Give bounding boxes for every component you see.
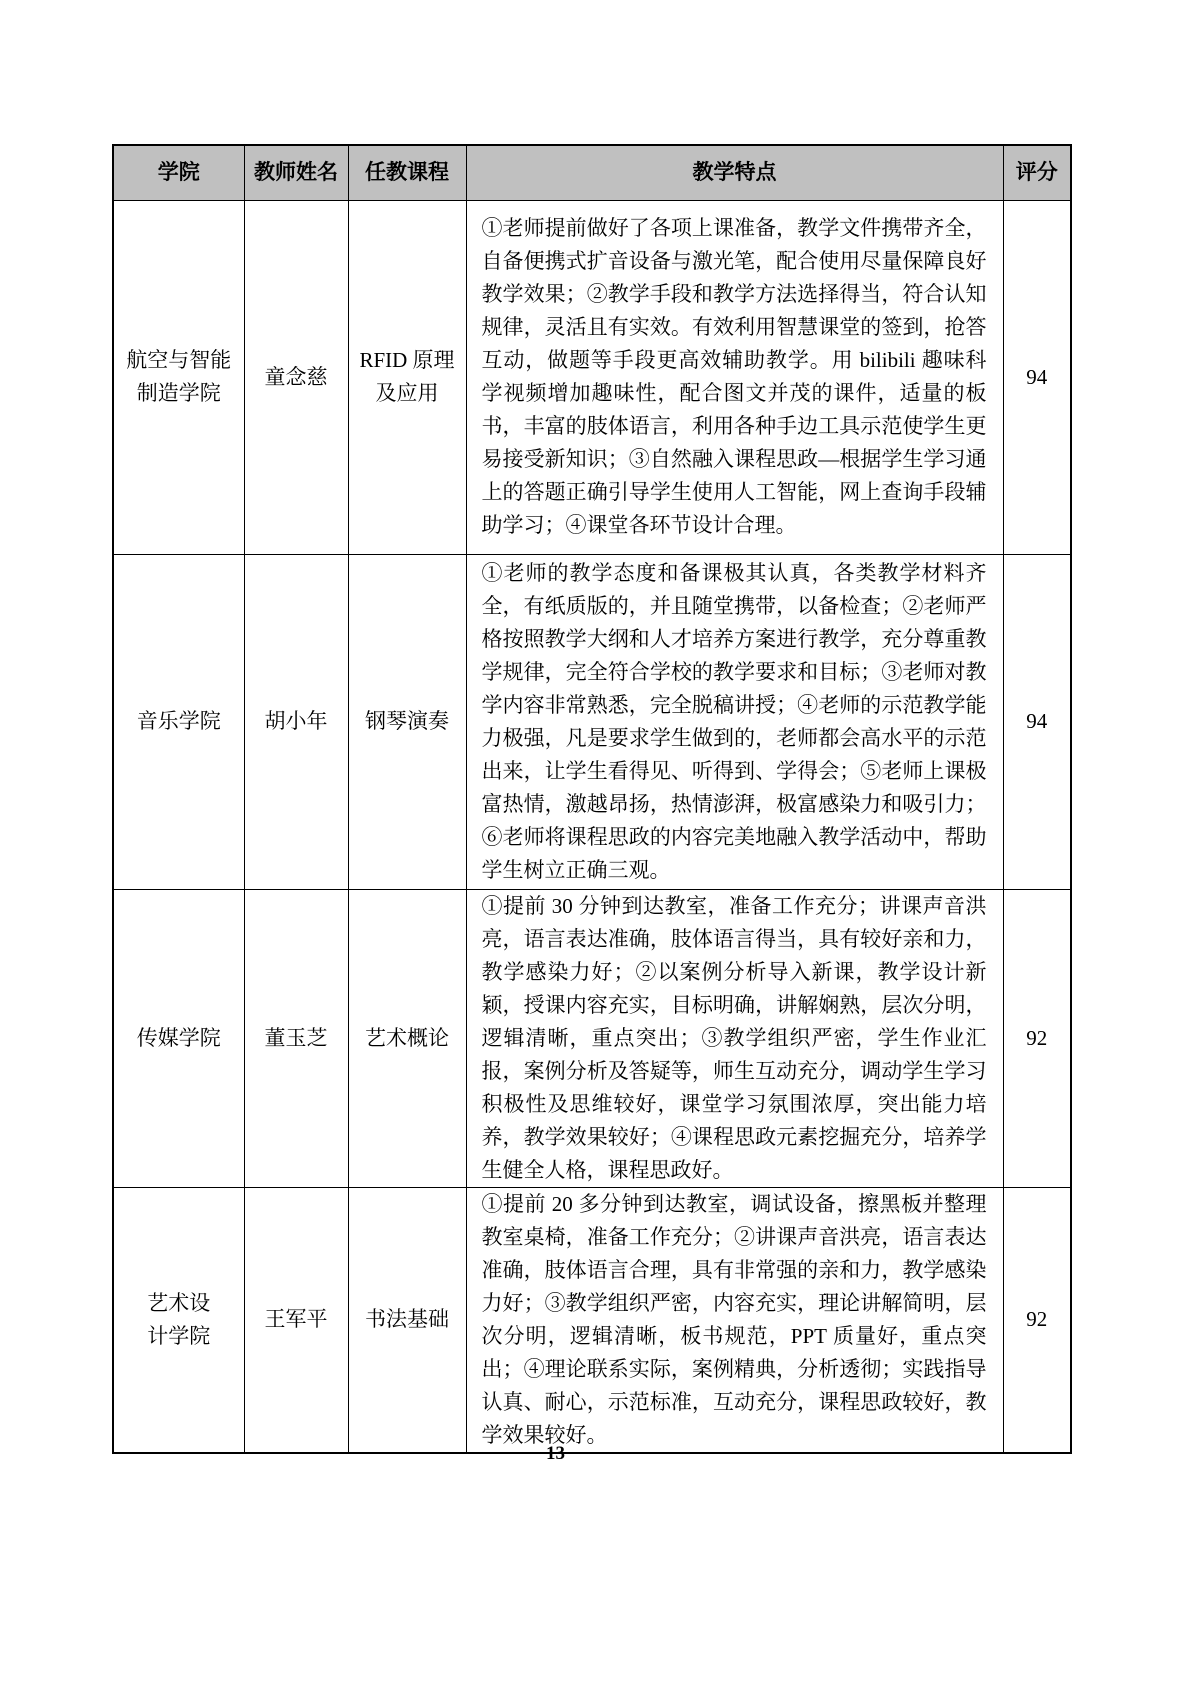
teaching-features-cell: ①提前 20 多分钟到达教室，调试设备，擦黑板并整理教室桌椅，准备工作充分；②讲… [466,1187,1003,1453]
teacher-name-cell: 王军平 [244,1187,348,1453]
score-cell: 92 [1003,1187,1071,1453]
table-row: 传媒学院 董玉芝 艺术概论 ①提前 30 分钟到达教室，准备工作充分；讲课声音洪… [113,889,1071,1187]
course-cell: 钢琴演奏 [348,554,466,889]
college-cell: 航空与智能制造学院 [113,200,244,554]
score-cell: 94 [1003,554,1071,889]
teaching-review-table: 学院 教师姓名 任教课程 教学特点 评分 航空与智能制造学院 童念慈 RFID … [112,144,1072,1454]
teacher-name-cell: 胡小年 [244,554,348,889]
course-cell: 艺术概论 [348,889,466,1187]
teaching-features-cell: ①老师的教学态度和备课极其认真，各类教学材料齐全，有纸质版的，并且随堂携带，以备… [466,554,1003,889]
course-cell: 书法基础 [348,1187,466,1453]
table-header-row: 学院 教师姓名 任教课程 教学特点 评分 [113,145,1071,200]
teacher-name-cell: 童念慈 [244,200,348,554]
college-cell: 传媒学院 [113,889,244,1187]
score-cell: 94 [1003,200,1071,554]
header-teaching-features: 教学特点 [466,145,1003,200]
college-cell: 艺术设计学院 [113,1187,244,1453]
page-number: 13 [0,1443,1111,1465]
table-row: 航空与智能制造学院 童念慈 RFID 原理及应用 ①老师提前做好了各项上课准备，… [113,200,1071,554]
college-cell: 音乐学院 [113,554,244,889]
table-row: 艺术设计学院 王军平 书法基础 ①提前 20 多分钟到达教室，调试设备，擦黑板并… [113,1187,1071,1453]
teaching-features-cell: ①提前 30 分钟到达教室，准备工作充分；讲课声音洪亮，语言表达准确，肢体语言得… [466,889,1003,1187]
header-course: 任教课程 [348,145,466,200]
score-cell: 92 [1003,889,1071,1187]
course-cell: RFID 原理及应用 [348,200,466,554]
teacher-name-cell: 董玉芝 [244,889,348,1187]
header-score: 评分 [1003,145,1071,200]
document-page: 学院 教师姓名 任教课程 教学特点 评分 航空与智能制造学院 童念慈 RFID … [0,0,1191,1684]
header-college: 学院 [113,145,244,200]
teaching-features-cell: ①老师提前做好了各项上课准备，教学文件携带齐全，自备便携式扩音设备与激光笔，配合… [466,200,1003,554]
header-teacher-name: 教师姓名 [244,145,348,200]
table-row: 音乐学院 胡小年 钢琴演奏 ①老师的教学态度和备课极其认真，各类教学材料齐全，有… [113,554,1071,889]
